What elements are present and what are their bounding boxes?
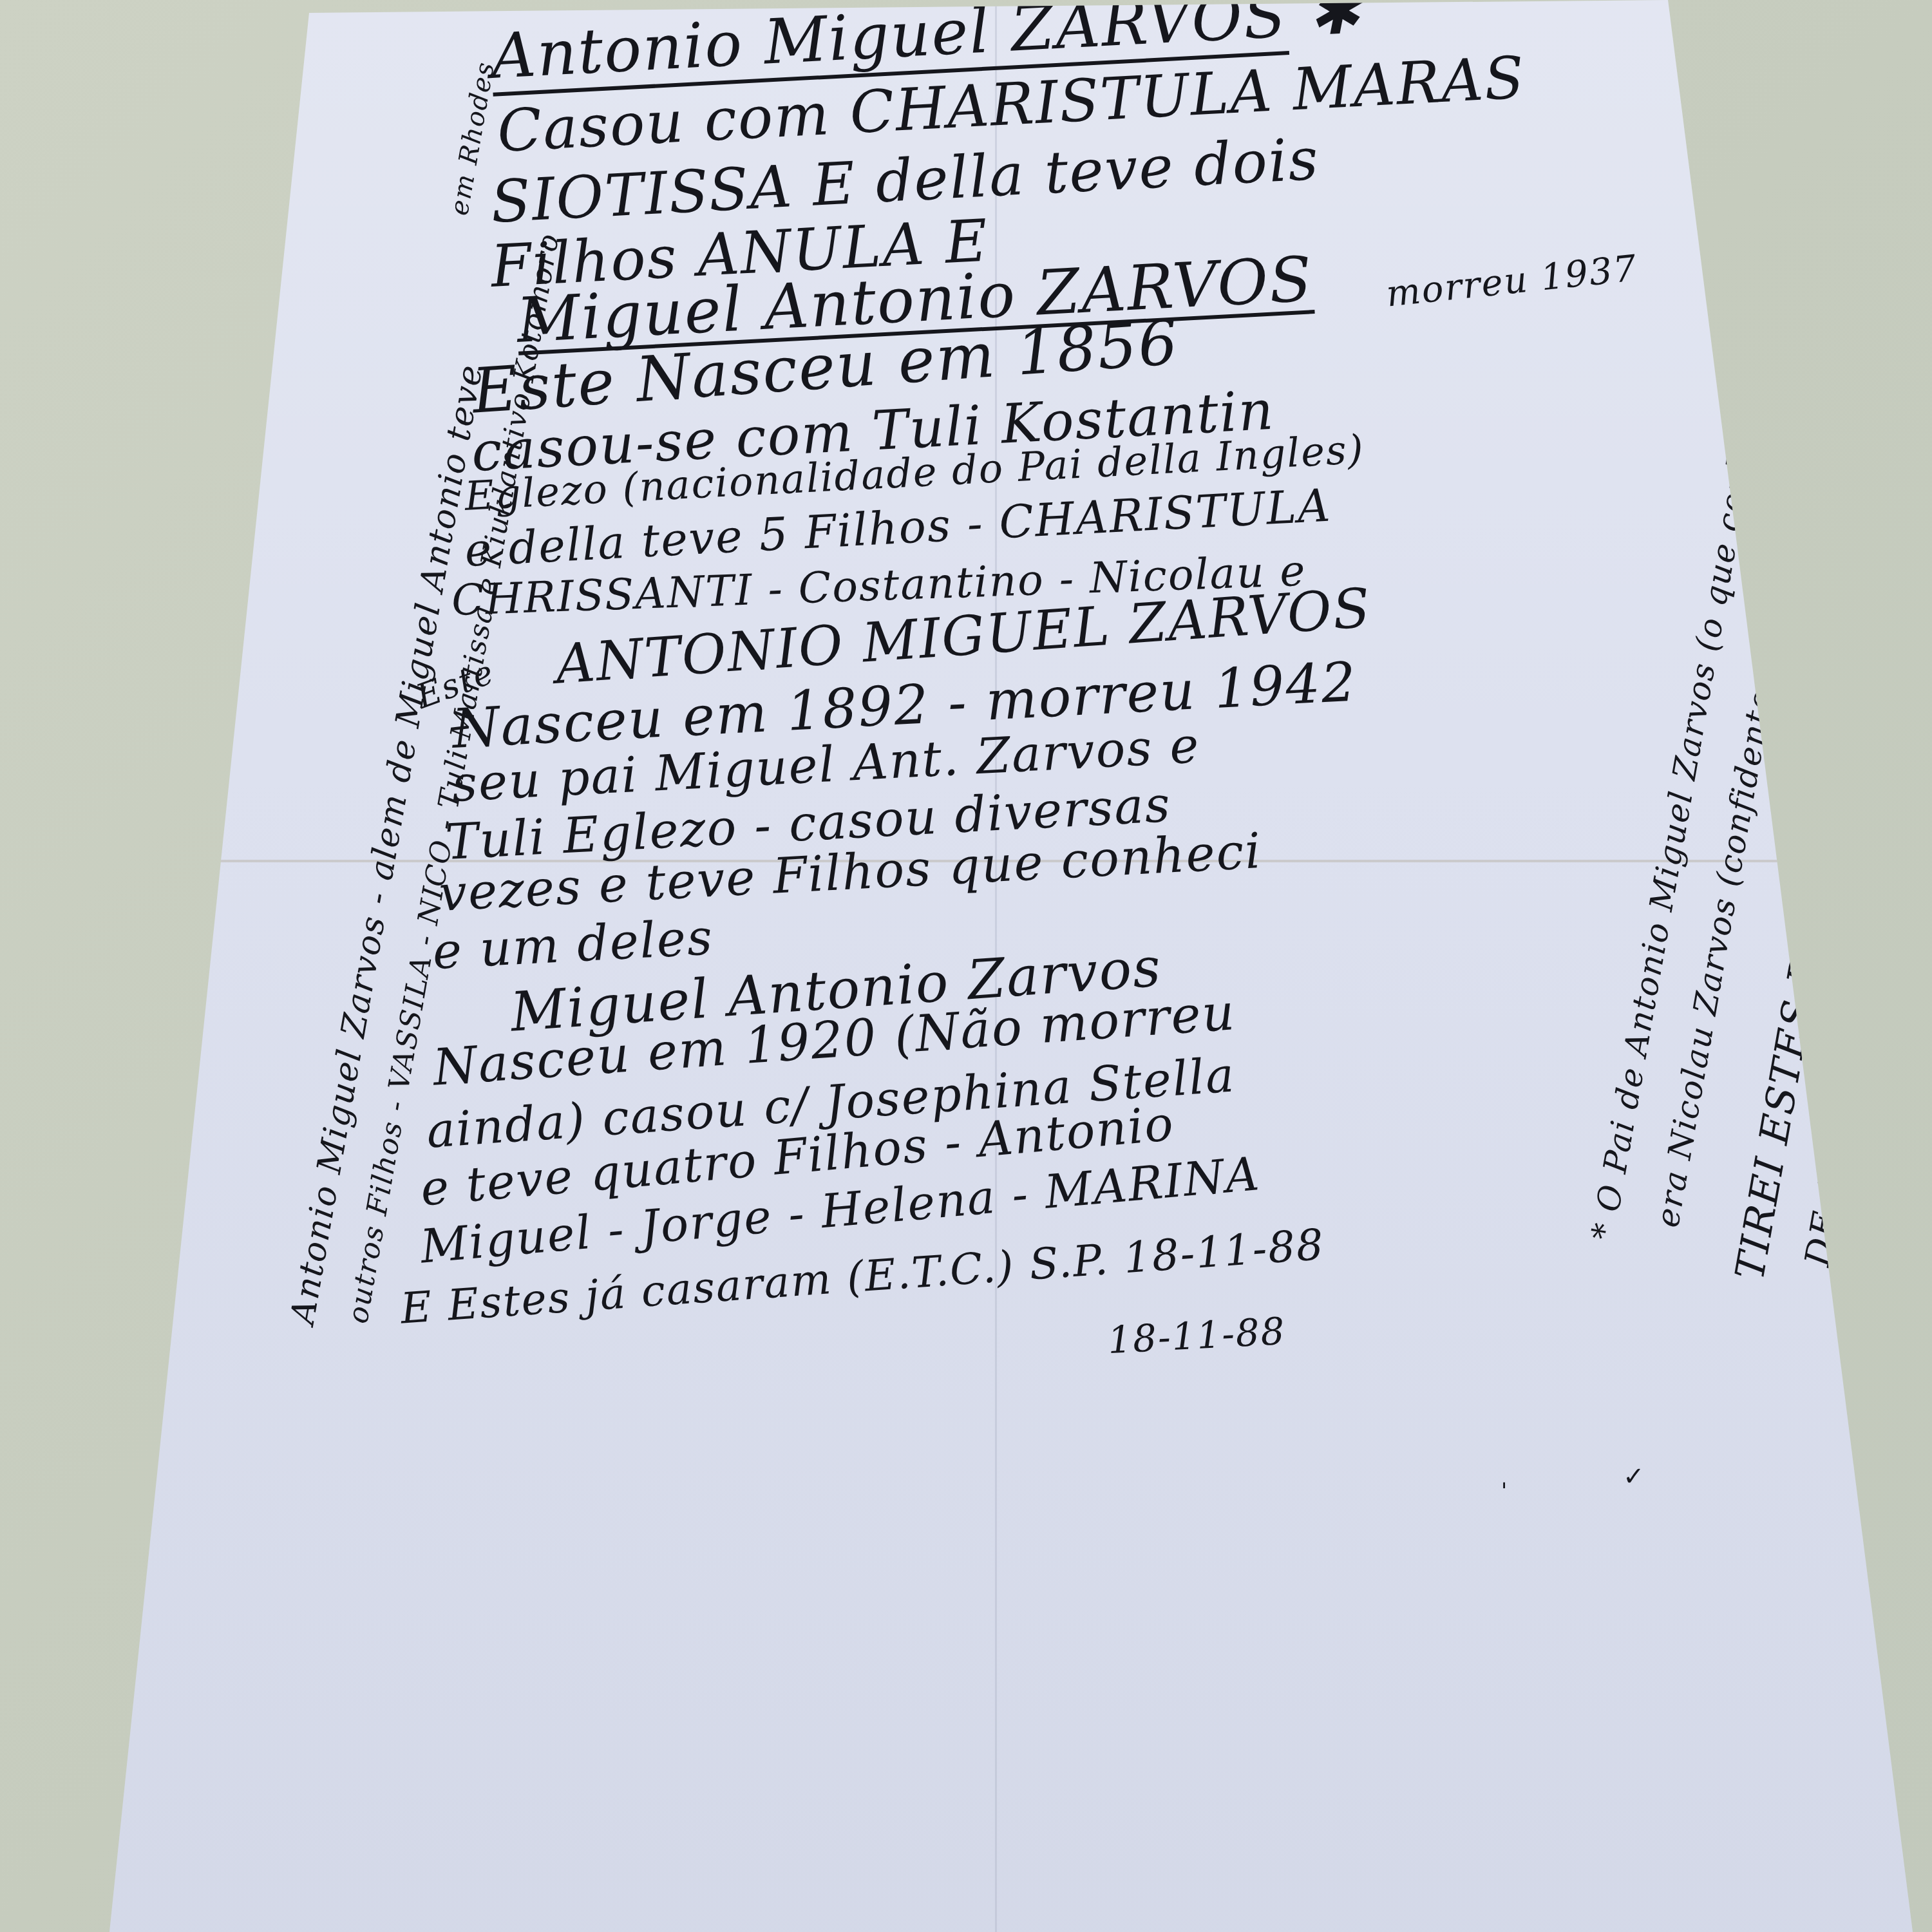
ink-speck: ˌ [1501,1462,1508,1492]
asterisk-mark-icon: ✱ [1306,0,1363,50]
ink-tick-mark: ✓ [1623,1462,1645,1492]
handwritten-letter-paper: Antonio Miguel ZARVOS ✱ Casou com CHARIS… [0,0,1932,1932]
body-line-15: e um deles [431,913,715,976]
signature-date: 18-11-88 [1106,1309,1287,1362]
